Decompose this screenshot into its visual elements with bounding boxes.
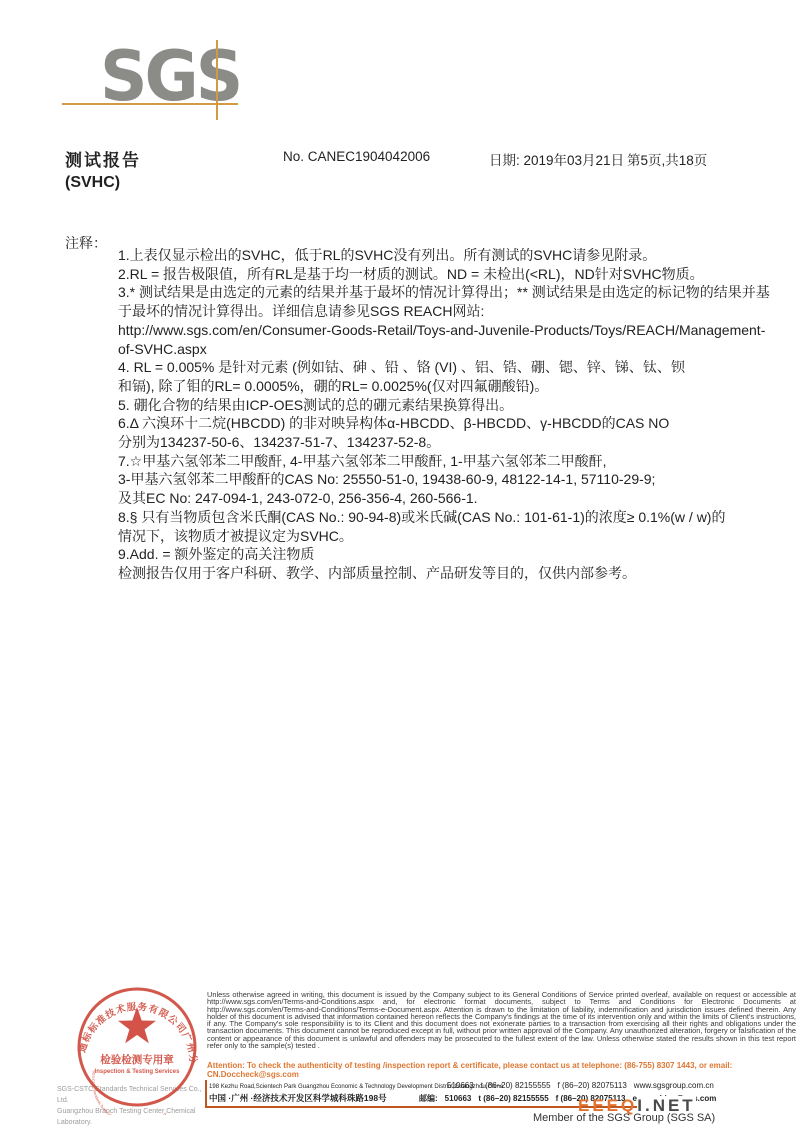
- note-line: 2.RL = 报告极限值，所有RL是基于均一材质的测试。ND = 未检出(<RL…: [118, 265, 758, 284]
- address-en: 198 Kezhu Road,Scientech Park Guangzhou …: [209, 1083, 437, 1090]
- footer-vertical-divider: [205, 1080, 207, 1107]
- note-line: 3-甲基六氢邻苯二甲酸酐的CAS No: 25550-51-0, 19438-6…: [118, 470, 758, 489]
- fax-number: f (86–20) 82075113: [558, 1081, 627, 1090]
- note-line: 9.Add. = 额外鉴定的高关注物质: [118, 545, 758, 564]
- notes-list: 1.上表仅显示检出的SVHC，低于RL的SVHC没有列出。所有测试的SVHC请参…: [118, 246, 758, 583]
- logo-horizontal-line: [62, 103, 238, 105]
- page-indicator: 第5页,共18页: [627, 149, 707, 169]
- note-line: of-SVHC.aspx: [118, 340, 758, 359]
- postcode-label: 邮编:: [419, 1093, 438, 1104]
- note-line: 分别为134237-50-6、134237-51-7、134237-52-8。: [118, 433, 758, 452]
- note-line: 7.☆甲基六氢邻苯二甲酸酐, 4-甲基六氢邻苯二甲酸酐, 1-甲基六氢邻苯二甲酸…: [118, 452, 758, 471]
- stamp-center-text-en: Inspection & Testing Services: [95, 1069, 181, 1075]
- attention-notice: Attention: To check the authenticity of …: [207, 1062, 796, 1079]
- website-url: www.sgsgroup.com.cn: [634, 1081, 714, 1090]
- note-line: 情况下，该物质才被提议定为SVHC。: [118, 527, 758, 546]
- logo-vertical-line: [216, 40, 218, 120]
- note-line: 检测报告仅用于客户科研、教学、内部质量控制、产品研发等目的，仅供内部参考。: [118, 564, 758, 583]
- note-line: 6.Δ 六溴环十二烷(HBCDD) 的非对映异构体α-HBCDD、β-HBCDD…: [118, 414, 758, 433]
- footer-bottom-line: [205, 1106, 641, 1108]
- note-line: 4. RL = 0.005% 是针对元素 (例如钴、砷 、铅 、铬 (VI) 、…: [118, 358, 758, 377]
- report-number: No. CANEC1904042006: [283, 149, 430, 164]
- note-line: 和镉), 除了钼的RL= 0.0005%，硼的RL= 0.0025%(仅对四氟硼…: [118, 377, 758, 396]
- address-cn: 中国 ·广州 ·经济技术开发区科学城科珠路198号: [209, 1092, 419, 1104]
- note-line: 8.§ 只有当物质包含米氏酮(CAS No.: 90-94-8)或米氏碱(CAS…: [118, 508, 758, 527]
- page-title: 测试报告: [65, 146, 141, 171]
- sgs-member-line: Member of the SGS Group (SGS SA): [533, 1112, 715, 1124]
- phone-number-cn: t (86–20) 82155555: [478, 1094, 548, 1103]
- address-row-cn: 中国 ·广州 ·经济技术开发区科学城科珠路198号 邮编: 510663 t (…: [209, 1092, 798, 1104]
- inspection-stamp: 通标标准技术服务有限公司广州分公司 SGS-CSTC Standards Tec…: [70, 985, 204, 1115]
- report-page: SGS 测试报告 (SVHC) No. CANEC1904042006 日期: …: [0, 0, 800, 1130]
- postcode-cn: 510663: [445, 1094, 472, 1103]
- page-subtitle: (SVHC): [65, 174, 120, 192]
- note-line: 3.* 测试结果是由选定的元素的结果并基于最坏的情况计算得出；** 测试结果是由…: [118, 283, 758, 302]
- report-date: 日期: 2019年03月21日: [489, 149, 624, 169]
- footer: SGS-CSTC Standards Technical Services Co…: [0, 983, 800, 1130]
- note-line: 5. 硼化合物的结果由ICP-OES测试的总的硼元素结果换算得出。: [118, 396, 758, 415]
- note-line: 于最坏的情况计算得出。详细信息请参见SGS REACH网站:: [118, 302, 758, 321]
- address-row-en: 198 Kezhu Road,Scientech Park Guangzhou …: [209, 1081, 798, 1090]
- notes-label: 注释：: [65, 233, 107, 253]
- note-line: 及其EC No: 247-094-1, 243-072-0, 256-356-4…: [118, 489, 758, 508]
- address-block: 198 Kezhu Road,Scientech Park Guangzhou …: [209, 1081, 798, 1104]
- stamp-center-text-cn: 检验检测专用章: [100, 1053, 174, 1066]
- note-line: http://www.sgs.com/en/Consumer-Goods-Ret…: [118, 321, 758, 340]
- legal-disclaimer: Unless otherwise agreed in writing, this…: [207, 991, 796, 1049]
- note-line: 1.上表仅显示检出的SVHC，低于RL的SVHC没有列出。所有测试的SVHC请参…: [118, 246, 758, 265]
- sgs-logo: SGS: [60, 30, 260, 140]
